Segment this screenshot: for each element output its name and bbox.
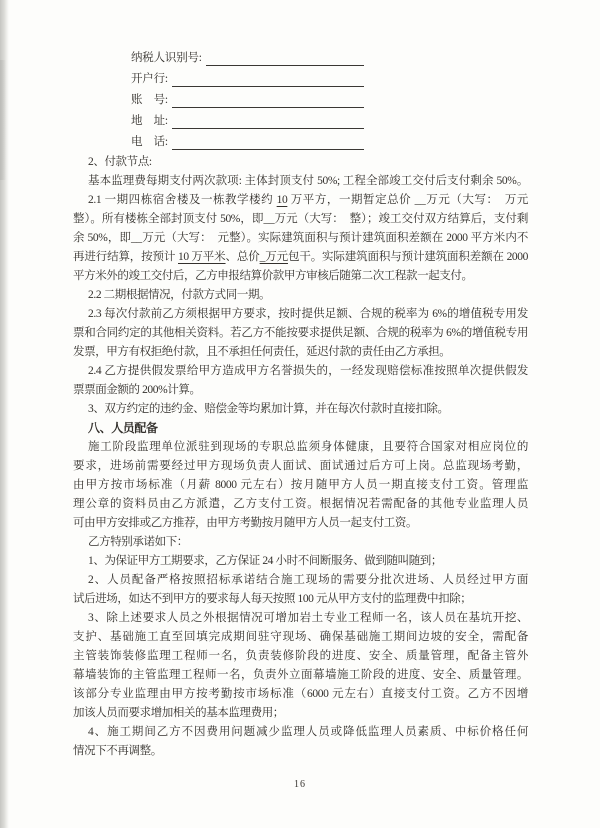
document-line: 余 50%，即__万元（大写： 元整）。实际建筑面积与预计建筑面积差额在 200…	[73, 229, 528, 248]
document-line: 八、人员配备	[73, 419, 528, 438]
document-line: 2.1 一期四栋宿舍楼及一栋教学楼约 10 万平方，一期暂定总价 __万元（大写…	[73, 191, 528, 210]
underlined-text: 10	[277, 194, 288, 206]
document-line: 主管装饰装修监理工程师一名，负责装修阶段的进度、安全、质量管理，配备主管外	[73, 647, 528, 666]
field-row: 纳税人识别号:	[131, 48, 364, 69]
field-blank-line	[172, 111, 364, 129]
field-blank-line	[172, 132, 364, 150]
underlined-text: 10 万平米	[178, 251, 226, 263]
bank-fields: 纳税人识别号:开户行:账 号:地 址:电 话:	[131, 48, 528, 153]
field-label: 纳税人识别号:	[131, 48, 202, 69]
field-blank-line	[172, 69, 364, 87]
scanned-contract-page: 纳税人识别号:开户行:账 号:地 址:电 话: 2、付款节点:基本监理费每期支付…	[73, 48, 528, 761]
document-line: 情况下不再调整。	[73, 742, 528, 761]
document-line: 3、双方约定的违约金、赔偿金等均累加计算，并在每次付款时直接扣除。	[73, 400, 528, 419]
field-row: 账 号:	[131, 90, 364, 111]
page-number: 16	[0, 779, 600, 790]
field-row: 电 话:	[131, 132, 364, 153]
document-line: 票和合同约定的其他相关资料。若乙方不能按要求提供足额、合规的税率为 6%的增值税…	[73, 324, 528, 343]
underlined-text: _万元	[260, 251, 288, 263]
document-line: 2.3 每次付款前乙方须根据甲方要求，按时提供足额、合规的税率为 6%的增值税专…	[73, 305, 528, 324]
field-label: 账 号:	[131, 90, 168, 111]
document-line: 平方米外的竣工交付后，乙方申报结算价款甲方审核后随第二次工程款一起支付。	[73, 267, 528, 286]
document-line: 整）。所有楼栋全部封顶支付 50%，即__万元（大写： 整）；竣工交付双方结算后…	[73, 210, 528, 229]
document-line: 该部分专业监理由甲方按考勤按市场标准（6000 元左右）直接支付工资。乙方不因增	[73, 685, 528, 704]
document-line: 可由甲方安排或乙方推荐，由甲方考勤按月随甲方人员一起支付工资。	[73, 514, 528, 533]
field-label: 电 话:	[131, 132, 168, 153]
document-line: 2.2 二期根据情况，付款方式同一期。	[73, 286, 528, 305]
document-line: 理公章的资料员由乙方派遣，乙方支付工资。根据情况若需配备的其他专业监理人员	[73, 495, 528, 514]
document-line: 2、人员配备严格按照招标承诺结合施工现场的需要分批次进场、人员经过甲方面	[73, 571, 528, 590]
field-row: 开户行:	[131, 69, 364, 90]
field-blank-line	[172, 90, 364, 108]
document-line: 试后进场，如达不到甲方的要求每人每天按照 100 元从甲方支付的监理费中扣除；	[73, 590, 528, 609]
document-line: 2、付款节点:	[73, 153, 528, 172]
field-label: 地 址:	[131, 111, 168, 132]
field-blank-line	[206, 48, 364, 66]
document-line: 1、为保证甲方工期要求，乙方保证 24 小时不间断服务、做到随叫随到；	[73, 552, 528, 571]
document-line: 2.4 乙方提供假发票给甲方造成甲方名誉损失的，一经发现赔偿标准按照单次提供假发	[73, 362, 528, 381]
document-line: 3、除上述要求人员之外根据情况可增加岩土专业工程师一名，该人员在基坑开挖、	[73, 609, 528, 628]
scan-edge-shadow	[0, 0, 9, 828]
document-line: 再进行结算，按预计 10 万平米、总价_万元包干。实际建筑面积与预计建筑面积差额…	[73, 248, 528, 267]
document-line: 发票，甲方有权拒绝付款，且不承担任何责任，延迟付款的责任由乙方承担。	[73, 343, 528, 362]
document-line: 施工阶段监理单位派驻到现场的专职总监须身体健康，且要符合国家对相应岗位的	[73, 438, 528, 457]
document-line: 票票面金额的 200%计算。	[73, 381, 528, 400]
document-line: 乙方特别承诺如下：	[73, 533, 528, 552]
document-line: 支护、基础施工直至回填完成期间驻守现场、确保基础施工期间边坡的安全，需配备	[73, 628, 528, 647]
document-line: 基本监理费每期支付两次款项: 主体封顶支付 50%; 工程全部竣工交付后支付剩余…	[73, 172, 528, 191]
field-row: 地 址:	[131, 111, 364, 132]
document-line: 幕墙装饰的主管监理工程师一名，负责外立面幕墙施工阶段的进度、安全、质量管理。	[73, 666, 528, 685]
document-line: 由甲方按市场标准（月薪 8000 元左右）按月随甲方人员一期直接支付工资。管理监	[73, 476, 528, 495]
document-line: 加该人员而要求增加相关的基本监理费用；	[73, 704, 528, 723]
document-line: 要求，进场前需要经过甲方现场负责人面试、面试通过后方可上岗。总监现场考勤，	[73, 457, 528, 476]
contract-body: 2、付款节点:基本监理费每期支付两次款项: 主体封顶支付 50%; 工程全部竣工…	[73, 153, 528, 761]
document-line: 4、施工期间乙方不因费用问题减少监理人员或降低监理人员素质、中标价格任何	[73, 723, 528, 742]
field-label: 开户行:	[131, 69, 168, 90]
